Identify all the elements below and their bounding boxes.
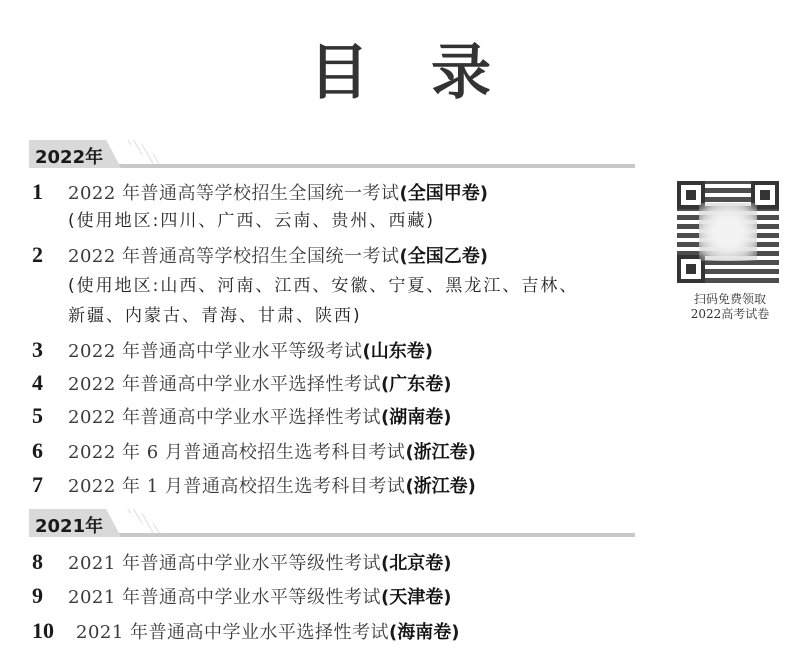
qr-caption-line2: 2022高考试卷 <box>660 307 800 322</box>
page-title: 目录 <box>0 38 800 108</box>
item-number: 2 <box>32 244 68 266</box>
toc-item[interactable]: 42022 年普通高中学业水平选择性考试(广东卷) <box>32 372 452 396</box>
item-title: 2021 年普通高中学业水平等级性考试 <box>68 587 381 608</box>
item-number: 4 <box>32 372 68 394</box>
item-title: 2022 年 1 月普通高校招生选考科目考试 <box>68 476 405 497</box>
item-title: 2021 年普通高中学业水平等级性考试 <box>68 553 381 574</box>
item-number: 3 <box>32 339 68 361</box>
item-title: 2022 年普通高等学校招生全国统一考试 <box>68 183 400 204</box>
item-number: 1 <box>32 181 68 203</box>
item-number: 10 <box>32 620 76 642</box>
toc-item[interactable]: 92021 年普通高中学业水平等级性考试(天津卷) <box>32 585 452 609</box>
item-paper-name: 海南卷 <box>397 622 451 643</box>
qr-caption-line1: 扫码免费领取 <box>660 292 800 307</box>
toc-item[interactable]: 82021 年普通高中学业水平等级性考试(北京卷) <box>32 551 452 575</box>
toc-item[interactable]: 22022 年普通高等学校招生全国统一考试(全国乙卷) <box>32 244 488 268</box>
item-title: 2022 年普通高中学业水平等级考试 <box>68 341 363 362</box>
toc-item[interactable]: 52022 年普通高中学业水平选择性考试(湖南卷) <box>32 405 452 429</box>
item-paper-name: 浙江卷 <box>414 442 468 463</box>
item-paper-name: 山东卷 <box>371 341 425 362</box>
item-number: 5 <box>32 405 68 427</box>
item-paper-name: 北京卷 <box>389 553 443 574</box>
section-year-label: 2021年 <box>35 512 103 538</box>
section-header-2022: 2022年 <box>29 140 635 168</box>
item-number: 7 <box>32 474 68 496</box>
item-number: 6 <box>32 440 68 462</box>
item-paper-name: 全国乙卷 <box>408 246 480 267</box>
item-number: 9 <box>32 585 68 607</box>
stripes-decoration <box>125 509 165 533</box>
item-paper-name: 广东卷 <box>389 374 443 395</box>
section-header-2021: 2021年 <box>29 509 635 537</box>
item-paper-name: 全国甲卷 <box>408 183 480 204</box>
qr-caption: 扫码免费领取 2022高考试卷 <box>660 292 800 322</box>
item-paper-name: 湖南卷 <box>389 407 443 428</box>
stripes-decoration <box>125 140 165 164</box>
qr-code-icon[interactable] <box>677 181 779 283</box>
item-number: 8 <box>32 551 68 573</box>
item-region-note-cont: 新疆、内蒙古、青海、甘肃、陕西) <box>68 305 362 327</box>
toc-item[interactable]: 102021 年普通高中学业水平选择性考试(海南卷) <box>32 620 460 644</box>
item-title: 2022 年普通高等学校招生全国统一考试 <box>68 246 400 267</box>
item-paper-name: 天津卷 <box>389 587 443 608</box>
item-title: 2022 年普通高中学业水平选择性考试 <box>68 407 381 428</box>
toc-item[interactable]: 62022 年 6 月普通高校招生选考科目考试(浙江卷) <box>32 440 476 464</box>
toc-item[interactable]: 12022 年普通高等学校招生全国统一考试(全国甲卷) <box>32 181 488 205</box>
section-year-label: 2022年 <box>35 143 103 169</box>
item-paper-name: 浙江卷 <box>414 476 468 497</box>
toc-item[interactable]: 32022 年普通高中学业水平等级考试(山东卷) <box>32 339 433 363</box>
item-region-note: (使用地区:四川、广西、云南、贵州、西藏) <box>68 210 435 232</box>
item-title: 2022 年 6 月普通高校招生选考科目考试 <box>68 442 405 463</box>
item-title: 2021 年普通高中学业水平选择性考试 <box>76 622 389 643</box>
item-region-note: (使用地区:山西、河南、江西、安徽、宁夏、黑龙江、吉林、 <box>68 275 578 297</box>
toc-item[interactable]: 72022 年 1 月普通高校招生选考科目考试(浙江卷) <box>32 474 476 498</box>
item-title: 2022 年普通高中学业水平选择性考试 <box>68 374 381 395</box>
qr-center-blur <box>699 203 757 261</box>
